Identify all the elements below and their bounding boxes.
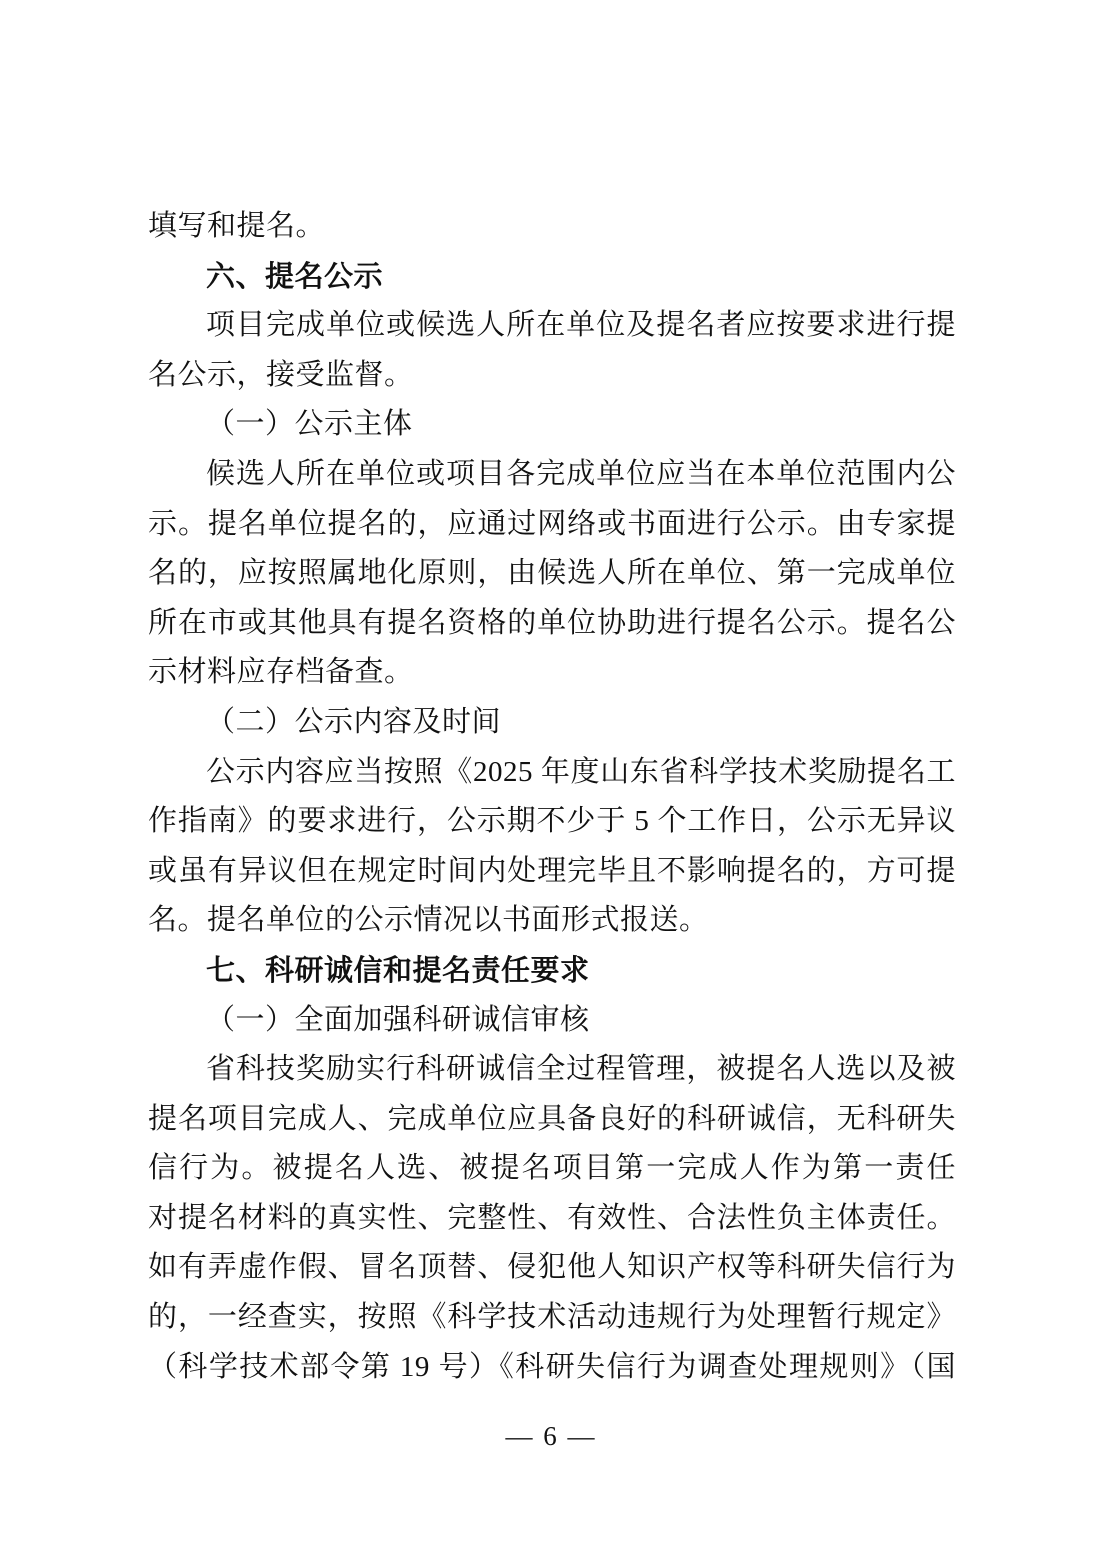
text-line: 对提名材料的真实性、完整性、有效性、合法性负主体责任。: [148, 1194, 956, 1244]
subsection-heading: （二）公示内容及时间: [148, 698, 956, 748]
text-line: 公示内容应当按照《2025 年度山东省科学技术奖励提名工: [148, 748, 956, 798]
text-line: 候选人所在单位或项目各完成单位应当在本单位范围内公: [148, 450, 956, 500]
text-line: 示材料应存档备查。: [148, 648, 956, 698]
text-line: 作指南》的要求进行，公示期不少于 5 个工作日，公示无异议: [148, 797, 956, 847]
text-line: 所在市或其他具有提名资格的单位协助进行提名公示。提名公: [148, 599, 956, 649]
text-line: 的，一经查实，按照《科学技术活动违规行为处理暂行规定》: [148, 1293, 956, 1343]
text-line: 名公示，接受监督。: [148, 351, 956, 401]
text-line: 如有弄虚作假、冒名顶替、侵犯他人知识产权等科研失信行为: [148, 1243, 956, 1293]
text-line: 提名项目完成人、完成单位应具备良好的科研诚信，无科研失: [148, 1095, 956, 1145]
page-number: — 6 —: [506, 1421, 597, 1451]
page-footer: — 6 —: [0, 1420, 1102, 1452]
text-line: （科学技术部令第 19 号）《科研失信行为调查处理规则》（国: [148, 1343, 956, 1393]
text-line: 名的，应按照属地化原则，由候选人所在单位、第一完成单位: [148, 549, 956, 599]
text-line: 名。提名单位的公示情况以书面形式报送。: [148, 896, 956, 946]
text-line: 或虽有异议但在规定时间内处理完毕且不影响提名的，方可提: [148, 847, 956, 897]
subsection-heading: （一）公示主体: [148, 400, 956, 450]
section-heading: 六、提名公示: [148, 252, 956, 302]
text-line: 信行为。被提名人选、被提名项目第一完成人作为第一责任人，: [148, 1144, 956, 1194]
text-line: 省科技奖励实行科研诚信全过程管理，被提名人选以及被: [148, 1045, 956, 1095]
text-line: 项目完成单位或候选人所在单位及提名者应按要求进行提: [148, 301, 956, 351]
document-body: 填写和提名。六、提名公示项目完成单位或候选人所在单位及提名者应按要求进行提名公示…: [148, 202, 956, 1392]
text-line: 填写和提名。: [148, 202, 956, 252]
text-line: 示。提名单位提名的，应通过网络或书面进行公示。由专家提: [148, 500, 956, 550]
document-page: 填写和提名。六、提名公示项目完成单位或候选人所在单位及提名者应按要求进行提名公示…: [0, 0, 1102, 1559]
subsection-heading: （一）全面加强科研诚信审核: [148, 996, 956, 1046]
section-heading: 七、科研诚信和提名责任要求: [148, 946, 956, 996]
